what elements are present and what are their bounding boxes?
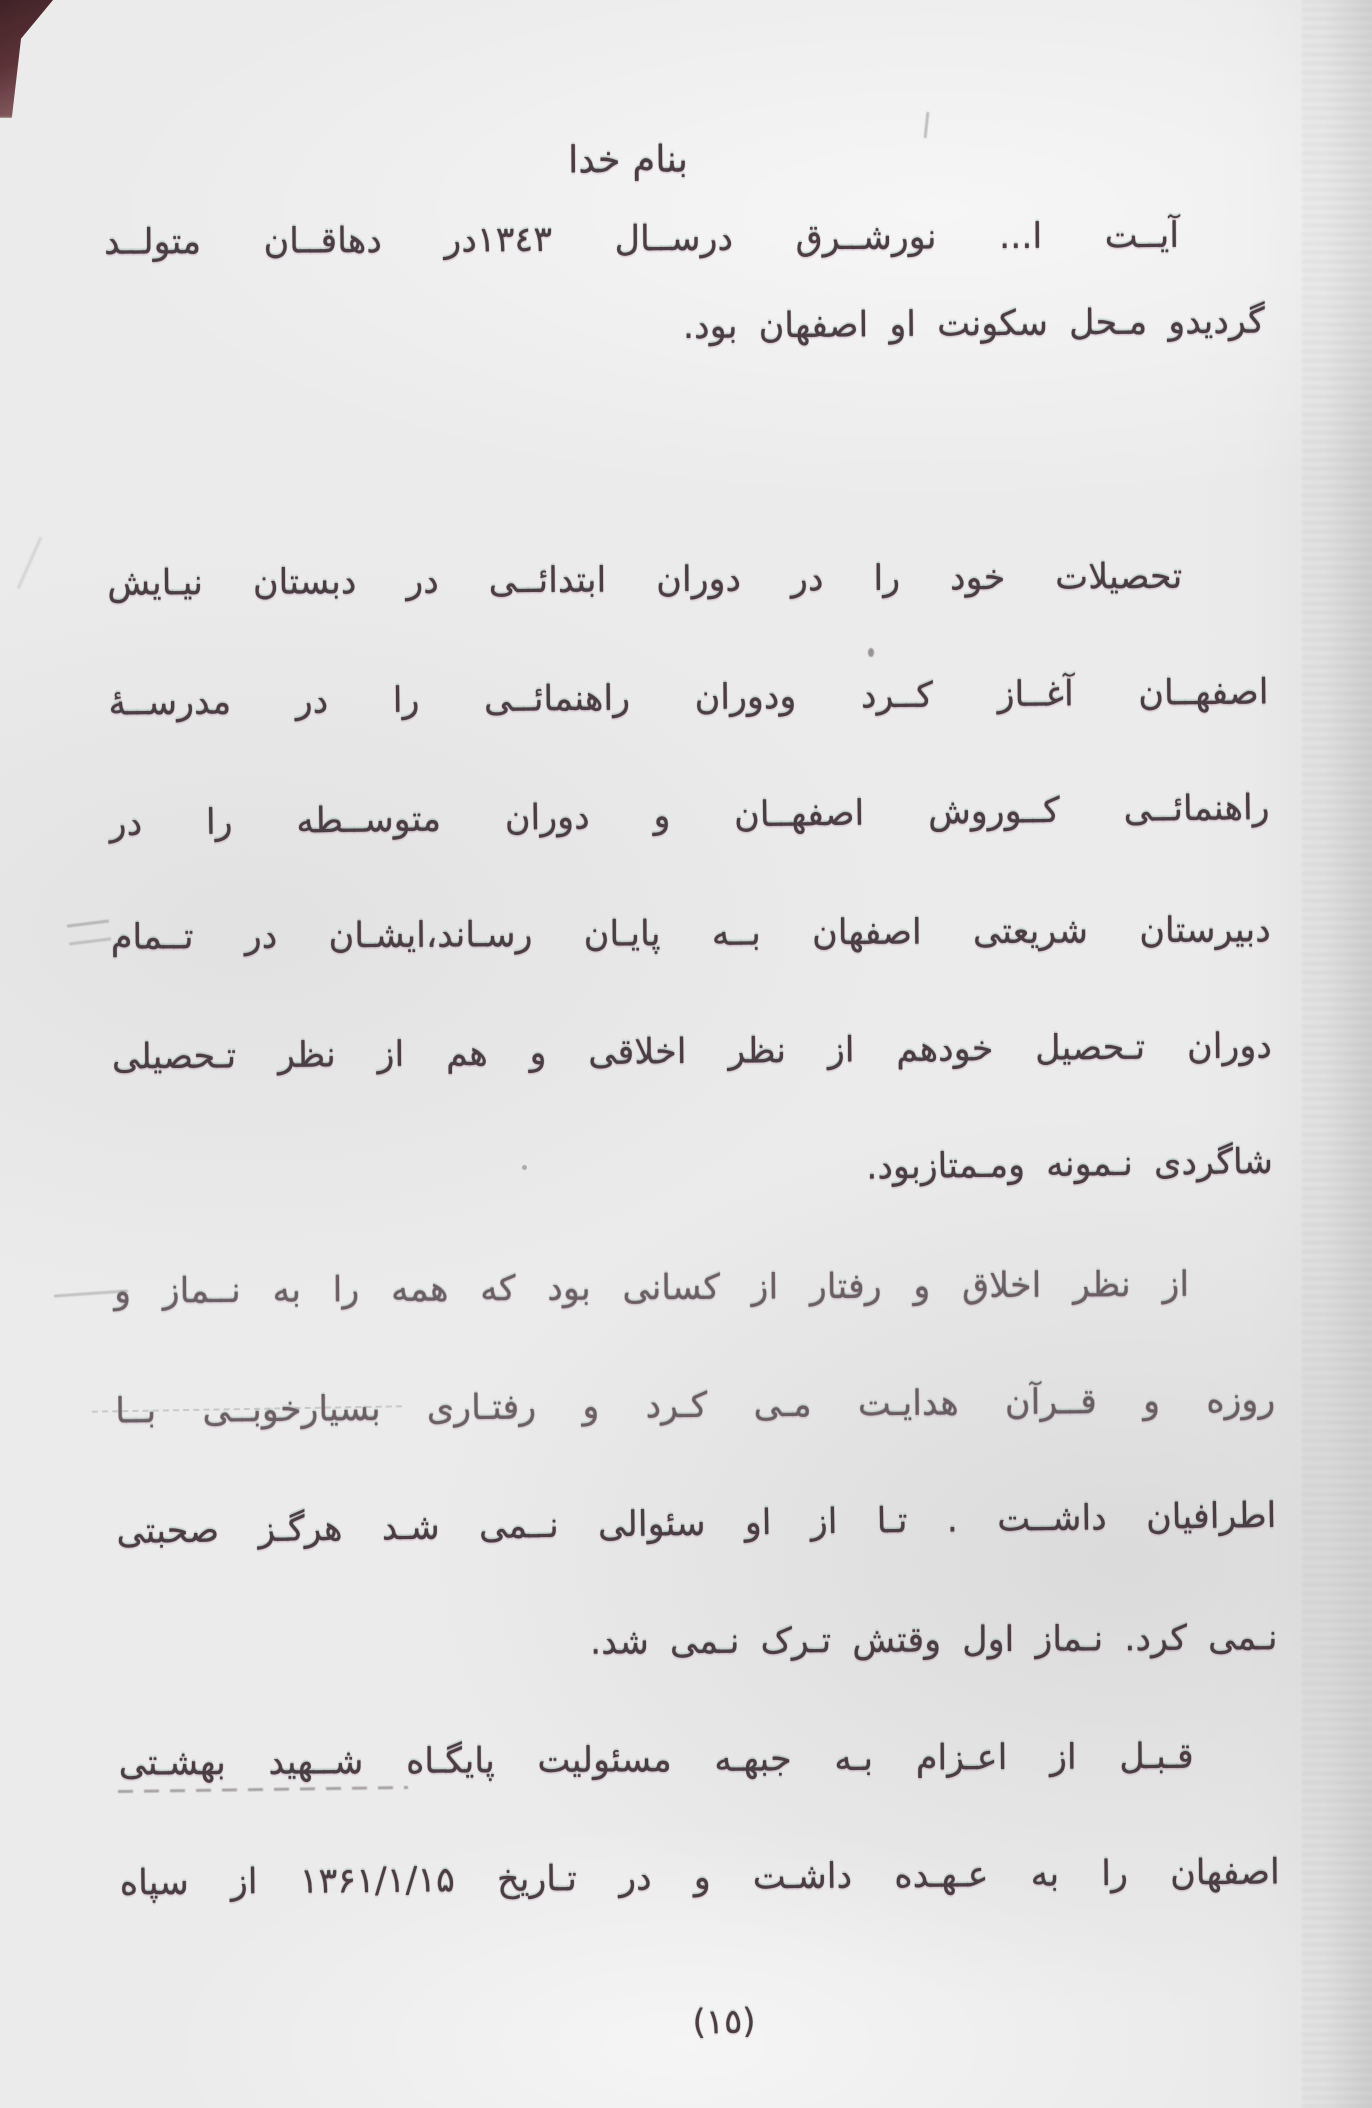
- text-line: آیــت ا... نورشــرق درســال ١٣٤٣در دهاقـ…: [104, 191, 1265, 286]
- text-line: راهنمائــی کــوروش اصفهــان و دوران متوس…: [109, 749, 1271, 883]
- paragraph: از نظر اخلاق و رفتار از کسانی بود که همه…: [114, 1223, 1278, 1706]
- paragraph: آیــت ا... نورشــرق درســال ١٣٤٣در دهاقـ…: [104, 189, 1266, 376]
- scan-artifact-tick: [924, 112, 930, 138]
- text-line: شاگردی نـمونه ومـمتازبود.: [112, 1103, 1274, 1237]
- paragraph: تحصیلات خود را در دوران ابتدائــی در دبس…: [107, 515, 1274, 1234]
- text-line: گردیدو مـحل سکونت او اصفهان بود.: [105, 277, 1266, 376]
- bismillah-heading: بنام خدا: [0, 133, 1314, 186]
- text-line: قـبـل از اعـزام بـه جبهـه مسئولیت پایگـا…: [118, 1697, 1279, 1822]
- paragraph: قـبـل از اعـزام بـه جبهـه مسئولیت پایگـا…: [118, 1695, 1280, 1942]
- text-line: تحصیلات خود را در دوران ابتدائــی در دبس…: [107, 517, 1268, 642]
- scanned-page: بنام خدا آیــت ا... نورشــرق درســال ١٣٤…: [0, 0, 1372, 2108]
- scan-artifact-crease: [0, 523, 42, 589]
- text-line: اطرافیان داشــت . تـا از او سئوالی نــمی…: [116, 1457, 1278, 1591]
- text-line: دبیرستان شریعتی اصفهان بــه پایـان رسـان…: [110, 871, 1271, 996]
- scanner-edge-shadow: [1302, 0, 1372, 2108]
- document-body: آیــت ا... نورشــرق درســال ١٣٤٣در دهاقـ…: [104, 189, 1281, 1942]
- text-line: نـمی کرد. نـماز اول وقتش تـرک نـمی شد.: [117, 1579, 1278, 1704]
- text-line: روزه و قــرآن هدایـت مـی کـرد و رفتـاری …: [115, 1341, 1276, 1470]
- text-line: از نظر اخلاق و رفتار از کسانی بود که همه…: [114, 1225, 1275, 1350]
- scan-corner-artifact: [0, 0, 58, 118]
- text-line: اصفهــان آغــاز کــرد ودوران راهنمائــی …: [108, 633, 1269, 762]
- scan-artifact-marks: [67, 920, 111, 946]
- page-number: (١٥): [38, 1988, 1372, 2057]
- text-line: دوران تـحصیل خودهم از نظر اخلاقی و هم از…: [111, 987, 1272, 1116]
- text-line: اصفهان را به عـهـده داشـت و در تـاریخ ۱۳…: [119, 1813, 1280, 1942]
